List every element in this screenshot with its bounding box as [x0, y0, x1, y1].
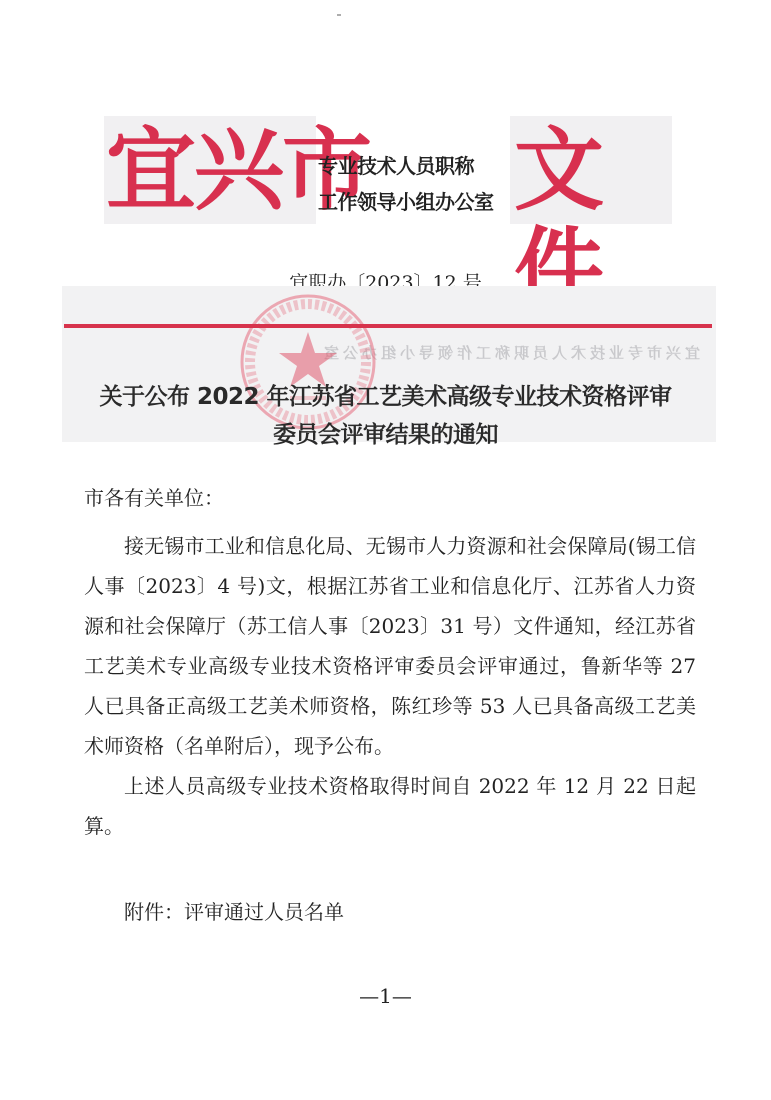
red-rule	[64, 324, 712, 328]
document-page: 宜兴市 专业技术人员职称 工作领导小组办公室 文件 宜职办〔2023〕12 号 …	[0, 0, 771, 1100]
paragraph-2: 上述人员高级专业技术资格取得时间自 2022 年 12 月 22 日起算。	[84, 766, 696, 846]
ghost-text: 宜兴市专业技术人员职称工作领导小组办公室	[100, 342, 700, 363]
title-line1: 关于公布 2022 年江苏省工艺美术高级专业技术资格评审	[0, 378, 771, 416]
masthead-org-line1: 专业技术人员职称	[318, 148, 518, 184]
page-number: —1—	[0, 984, 771, 1008]
notice-title: 关于公布 2022 年江苏省工艺美术高级专业技术资格评审 委员会评审结果的通知	[0, 378, 771, 454]
masthead-org: 专业技术人员职称 工作领导小组办公室	[318, 148, 518, 220]
scan-speck	[337, 14, 341, 16]
masthead: 宜兴市 专业技术人员职称 工作领导小组办公室 文件	[104, 116, 672, 224]
attachment-line: 附件：评审通过人员名单	[124, 896, 344, 925]
salutation: 市各有关单位：	[84, 478, 696, 518]
notice-body: 市各有关单位： 接无锡市工业和信息化局、无锡市人力资源和社会保障局(锡工信人事〔…	[84, 478, 696, 846]
masthead-org-line2: 工作领导小组办公室	[318, 184, 518, 220]
title-line2: 委员会评审结果的通知	[0, 416, 771, 454]
paragraph-1: 接无锡市工业和信息化局、无锡市人力资源和社会保障局(锡工信人事〔2023〕4 号…	[84, 526, 696, 766]
